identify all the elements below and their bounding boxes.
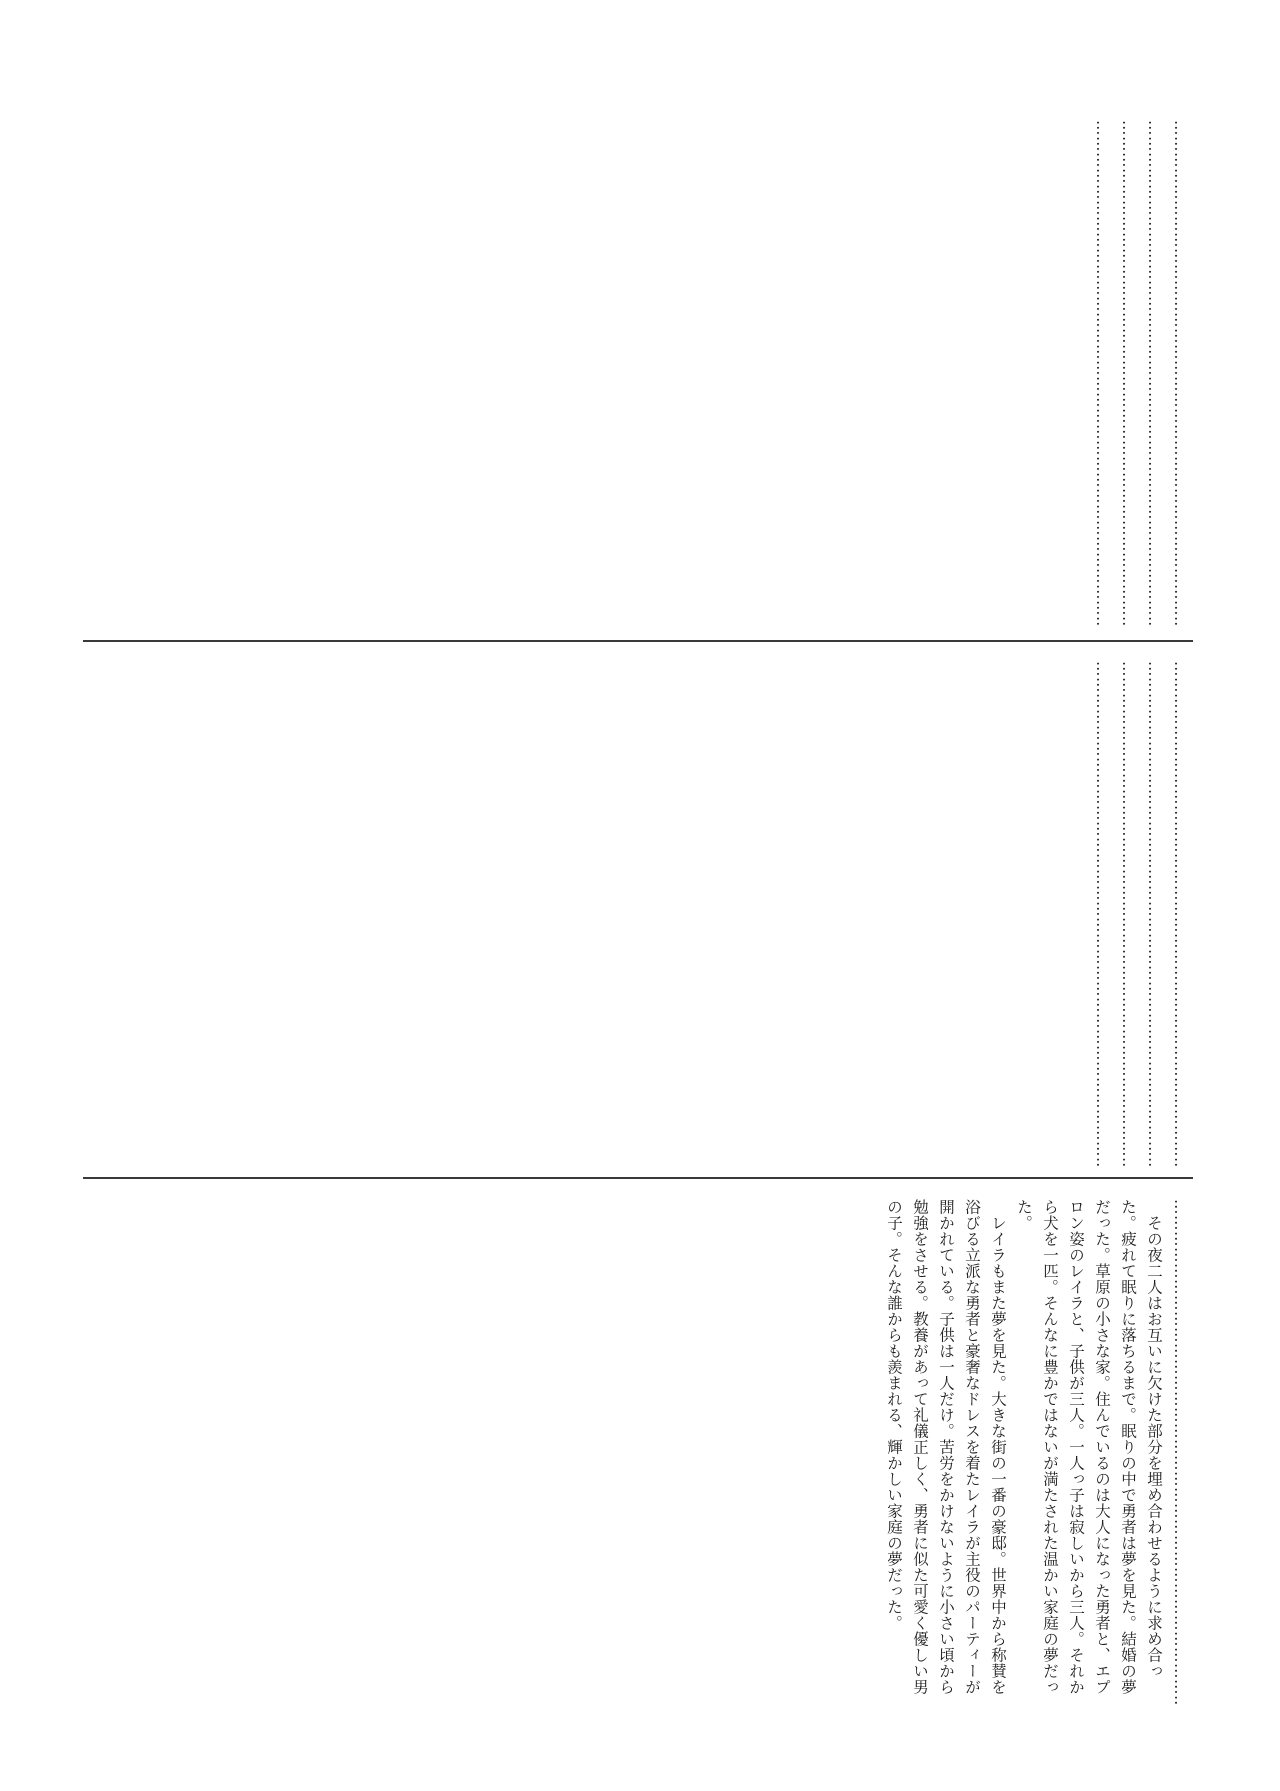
text-section-bottom: …………………………………………………………………………………………………………… [83,1199,1193,1704]
novel-page: …………………………………………………………………………………………………………… [0,0,1280,1791]
redacted-paragraph: …………………………………………………………………………………………………………… [1089,120,1115,625]
redacted-paragraph: …………………………………………………………………………………………………………… [1115,661,1141,1166]
redacted-paragraph: …………………………………………………………………………………………………………… [1089,661,1115,1166]
redacted-paragraph: …………………………………………………………………………………………………………… [1167,661,1193,1166]
section-divider [83,1177,1193,1179]
redacted-paragraph: …………………………………………………………………………………………………………… [1167,1199,1193,1704]
paragraph: その夜二人はお互いに欠けた部分を埋め合わせるように求め合った。疲れて眠りに落ちる… [1011,1199,1167,1704]
redacted-paragraph: …………………………………………………………………………………………………………… [1141,661,1167,1166]
paragraph: レイラもまた夢を見た。大きな街の一番の豪邸。世界中から称賛を浴びる立派な勇者と豪… [881,1199,1011,1704]
text-section-top: …………………………………………………………………………………………………………… [83,120,1193,625]
text-section-middle: …………………………………………………………………………………………………………… [83,661,1193,1166]
redacted-paragraph: …………………………………………………………………………………………………………… [1141,120,1167,625]
redacted-paragraph: …………………………………………………………………………………………………………… [1167,120,1193,625]
redacted-paragraph: …………………………………………………………………………………………………………… [1115,120,1141,625]
section-divider [83,640,1193,642]
